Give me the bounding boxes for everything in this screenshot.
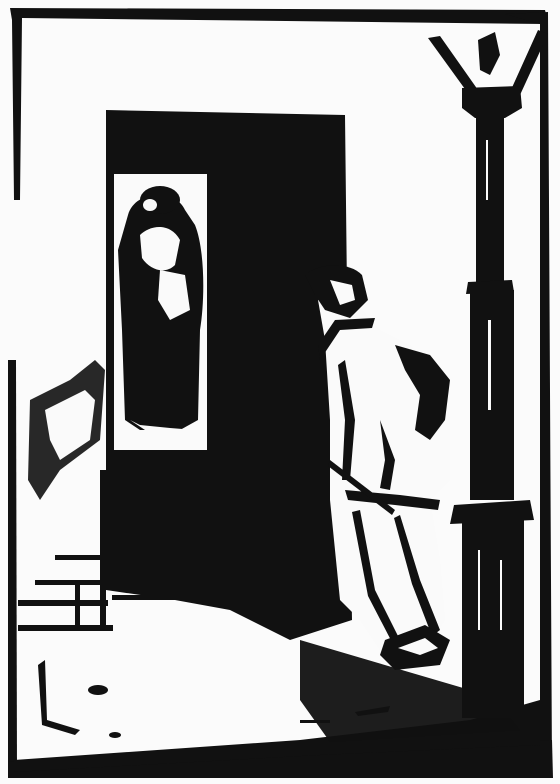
woodcut-print [0, 0, 560, 784]
embracing-couple [118, 186, 203, 445]
woodcut-artwork [0, 0, 560, 784]
